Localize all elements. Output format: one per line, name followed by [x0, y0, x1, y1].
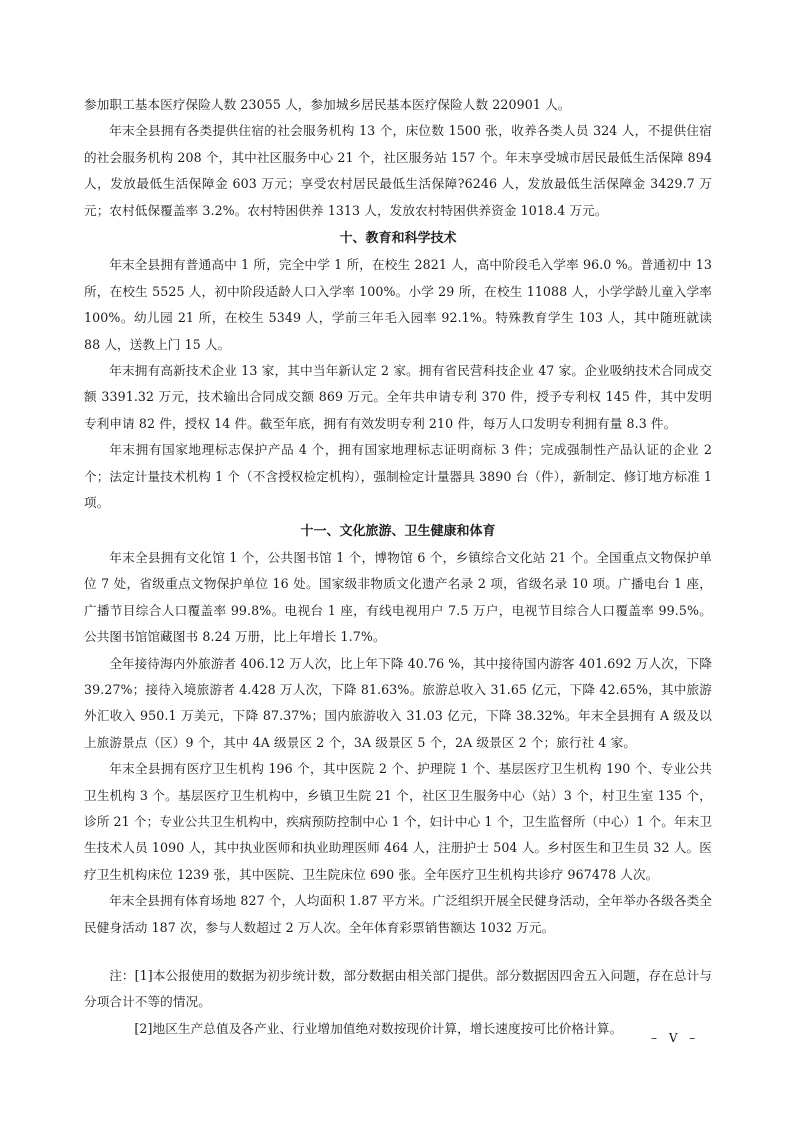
paragraph: 年末全县拥有普通高中 1 所，完全中学 1 所，在校生 2821 人，高中阶段毛…	[84, 252, 712, 358]
paragraph: 年末全县拥有医疗卫生机构 196 个，其中医院 2 个、护理院 1 个、基层医疗…	[84, 756, 712, 888]
section-heading-culture-health: 十一、文化旅游、卫生健康和体育	[84, 519, 712, 545]
paragraph: 年末拥有国家地理标志保护产品 4 个，拥有国家地理标志证明商标 3 件；完成强制…	[84, 437, 712, 516]
section-heading-education: 十、教育和科学技术	[84, 226, 712, 252]
paragraph: 参加职工基本医疗保险人数 23055 人，参加城乡居民基本医疗保险人数 2209…	[84, 92, 712, 118]
page-number: – V –	[651, 1031, 699, 1045]
note-2: [2]地区生产总值及各产业、行业增加值绝对数按现价计算，增长速度按可比价格计算。	[84, 1016, 712, 1042]
paragraph: 年末全县拥有体育场地 827 个，人均面积 1.87 平方米。广泛组织开展全民健…	[84, 888, 712, 941]
document-page: 参加职工基本医疗保险人数 23055 人，参加城乡居民基本医疗保险人数 2209…	[84, 92, 712, 1042]
notes-section: 注：[1]本公报使用的数据为初步统计数，部分数据由相关部门提供。部分数据因四舍五…	[84, 963, 712, 1042]
paragraph: 全年接待海内外旅游者 406.12 万人次，比上年下降 40.76 %，其中接待…	[84, 651, 712, 757]
note-1: 注：[1]本公报使用的数据为初步统计数，部分数据由相关部门提供。部分数据因四舍五…	[84, 963, 712, 1016]
paragraph: 年末拥有高新技术企业 13 家，其中当年新认定 2 家。拥有省民营科技企业 47…	[84, 358, 712, 437]
paragraph: 年末全县拥有各类提供住宿的社会服务机构 13 个，床位数 1500 张，收养各类…	[84, 118, 712, 224]
paragraph: 年末全县拥有文化馆 1 个，公共图书馆 1 个，博物馆 6 个，乡镇综合文化站 …	[84, 545, 712, 651]
